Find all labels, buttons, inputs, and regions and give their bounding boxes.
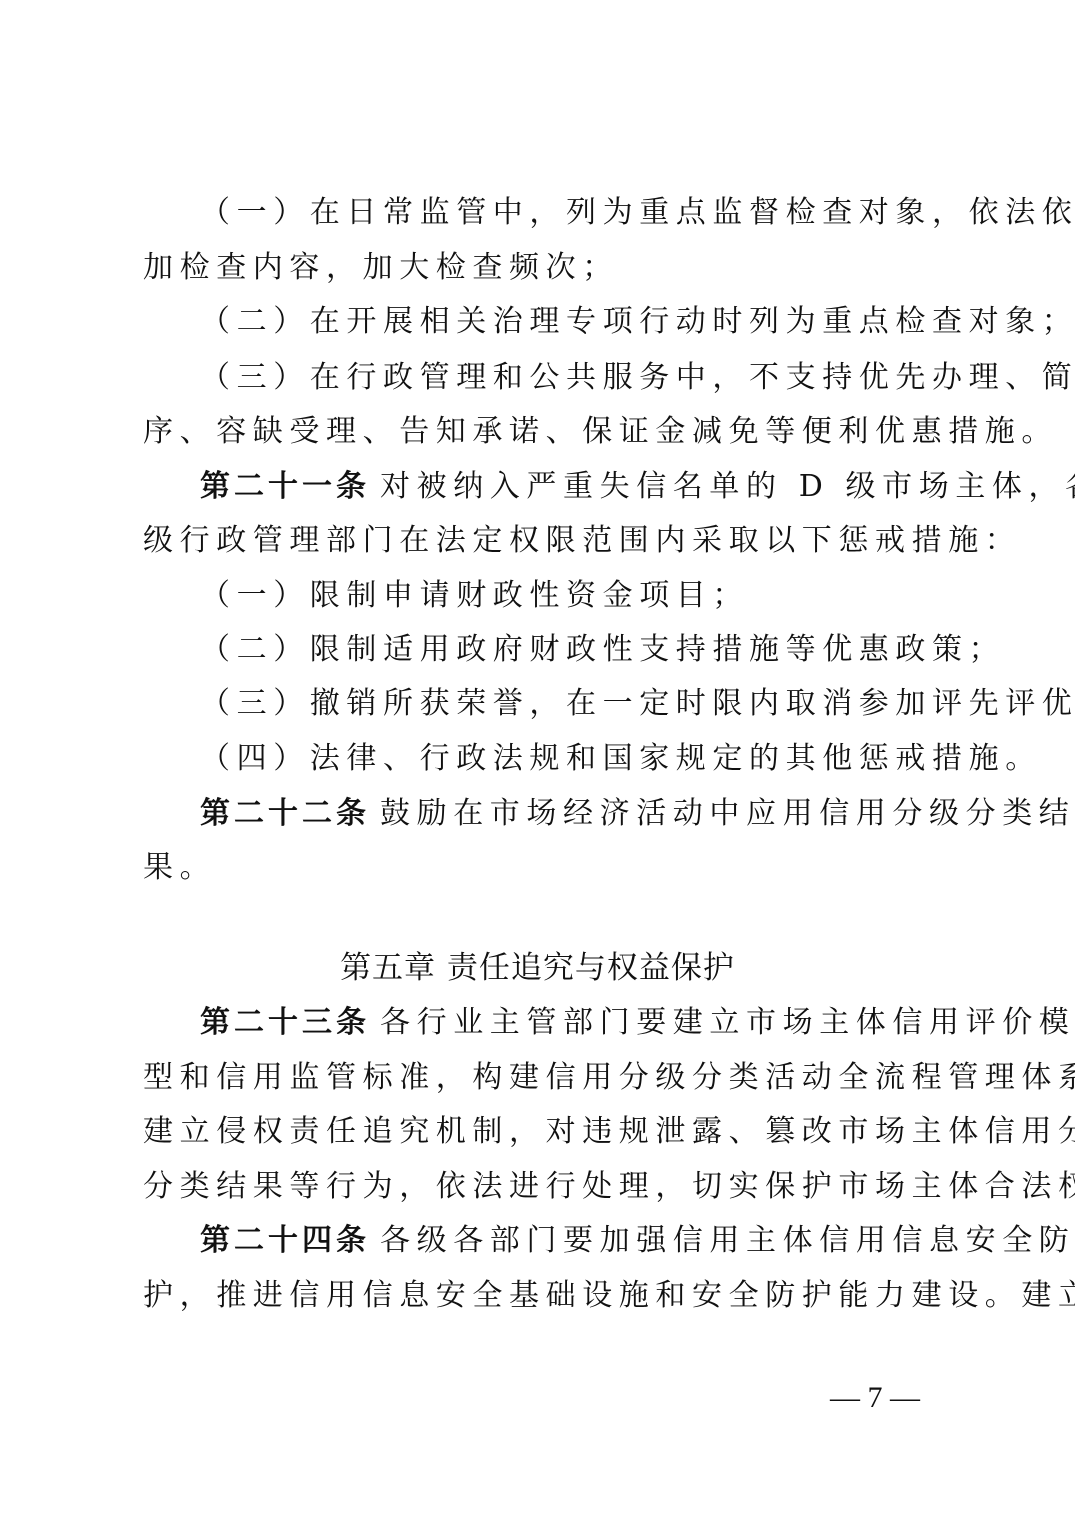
article-24-line-2: 护，推进信用信息安全基础设施和安全防护能力建设。建立健 xyxy=(143,1276,943,1316)
article-22-text: 鼓励在市场经济活动中应用信用分级分类结 xyxy=(380,796,1075,831)
article-21-text: 对被纳入严重失信名单的 D 级市场主体，各 xyxy=(380,469,1075,504)
article-23-line-4: 分类结果等行为，依法进行处理，切实保护市场主体合法权益。 xyxy=(143,1167,943,1207)
article-21-item-4: （四）法律、行政法规和国家规定的其他惩戒措施。 xyxy=(200,739,1000,779)
article-21-line-2: 级行政管理部门在法定权限范围内采取以下惩戒措施： xyxy=(143,521,943,561)
article-24-line-1: 第二十四条各级各部门要加强信用主体信用信息安全防 xyxy=(200,1221,1000,1261)
article-23-line-3: 建立侵权责任追究机制，对违规泄露、篡改市场主体信用分级 xyxy=(143,1112,943,1152)
article-22-line-1: 第二十二条鼓励在市场经济活动中应用信用分级分类结 xyxy=(200,794,1000,834)
article-21-item-3: （三）撤销所获荣誉，在一定时限内取消参加评先评优资格； xyxy=(200,684,1000,724)
paragraph-line: 加检查内容，加大检查频次； xyxy=(143,248,943,288)
article-21-item-1: （一）限制申请财政性资金项目； xyxy=(200,576,1000,616)
paragraph-line: （二）在开展相关治理专项行动时列为重点检查对象； xyxy=(200,302,1000,342)
article-22-line-2: 果。 xyxy=(143,848,943,888)
article-23-line-1: 第二十三条各行业主管部门要建立市场主体信用评价模 xyxy=(200,1003,1000,1043)
paragraph-line: （三）在行政管理和公共服务中，不支持优先办理、简化程 xyxy=(200,358,1000,398)
article-24-label: 第二十四条 xyxy=(200,1223,370,1258)
page-number: — 7 — xyxy=(820,1380,930,1416)
article-21-line-1: 第二十一条对被纳入严重失信名单的 D 级市场主体，各 xyxy=(200,467,1000,507)
chapter-heading: 第五章 责任追究与权益保护 xyxy=(0,948,1075,988)
paragraph-line: 序、容缺受理、告知承诺、保证金减免等便利优惠措施。 xyxy=(143,412,943,452)
paragraph-line: （一）在日常监管中，列为重点监督检查对象，依法依规增 xyxy=(200,193,1000,233)
article-23-label: 第二十三条 xyxy=(200,1005,370,1040)
article-22-label: 第二十二条 xyxy=(200,796,370,831)
article-21-item-2: （二）限制适用政府财政性支持措施等优惠政策； xyxy=(200,630,1000,670)
article-23-line-2: 型和信用监管标准，构建信用分级分类活动全流程管理体系， xyxy=(143,1058,943,1098)
article-24-text: 各级各部门要加强信用主体信用信息安全防 xyxy=(380,1223,1075,1258)
article-21-label: 第二十一条 xyxy=(200,469,370,504)
article-23-text: 各行业主管部门要建立市场主体信用评价模 xyxy=(380,1005,1075,1040)
document-page: （一）在日常监管中，列为重点监督检查对象，依法依规增 加检查内容，加大检查频次；… xyxy=(0,0,1075,1520)
